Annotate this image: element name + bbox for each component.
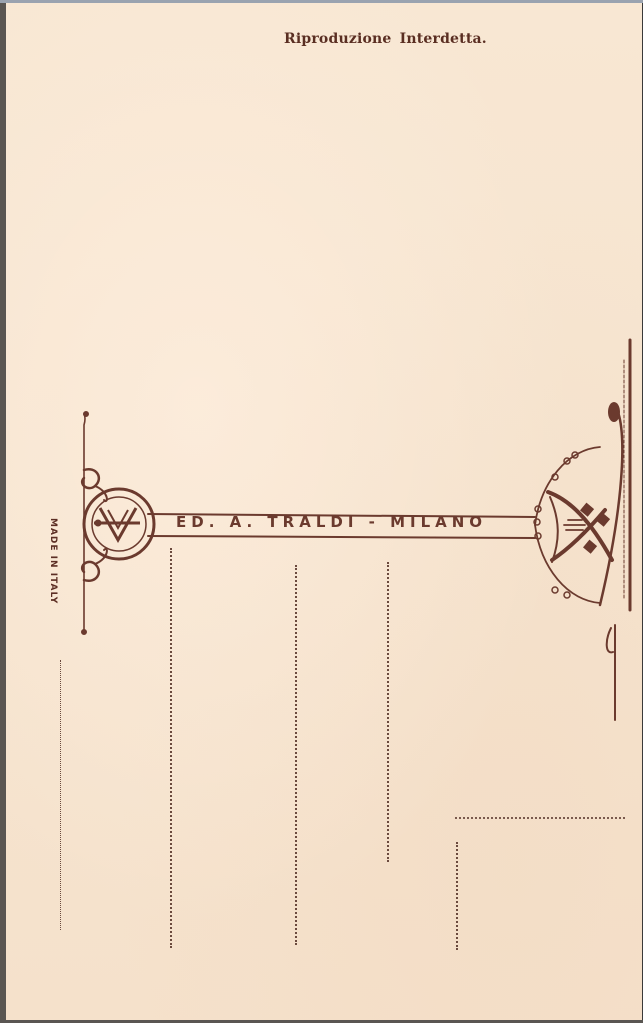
anchor-monogram-icon <box>84 489 154 559</box>
publisher-imprint: ED. A. TRALDI - MILANO <box>176 513 487 531</box>
side-imprint: MADE IN ITALY <box>48 518 58 604</box>
address-line-2 <box>295 565 297 945</box>
decorative-ornaments <box>0 0 643 1023</box>
address-line-4 <box>456 842 458 950</box>
art-nouveau-crest-icon <box>534 340 630 720</box>
stamp-box-top-line <box>455 817 625 819</box>
address-line-3 <box>387 562 389 862</box>
message-divider-line <box>170 548 172 948</box>
address-line-1 <box>60 660 61 930</box>
